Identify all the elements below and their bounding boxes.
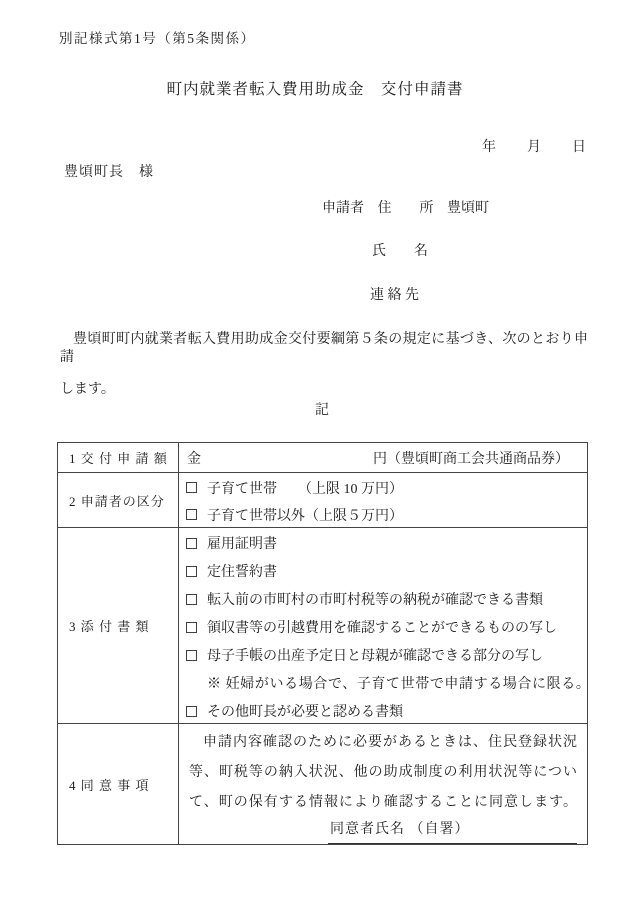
consent-line-1: 申請内容確認のために必要があるときは、住民登録状況 [189,728,577,758]
checkbox-icon [186,594,197,605]
consent-paragraph: 申請内容確認のために必要があるときは、住民登録状況 等、町税等の納入状況、他の助… [179,724,587,844]
applicant-address-row: 申請者 住 所 豊頃町 [322,197,489,217]
name-label: 氏 名 [372,244,428,259]
application-form-page: 別記様式第1号（第5条関係） 町内就業者転入費用助成金 交付申請書 年 月 日 … [0,0,630,903]
checkbox-icon [186,622,197,633]
attachment-item: 雇用証明書 [179,529,587,557]
attachment-item-label: 領収書等の引越費用を確認することができるものの写し [207,617,557,637]
table-row-consent: 4 同 意 事 項 申請内容確認のために必要があるときは、住民登録状況 等、町税… [58,723,587,844]
attachment-note: ※ 妊婦がいる場合で、子育て世帯で申請する場合に限る。 [179,669,587,697]
attachment-item: 母子手帳の出産予定日と母親が確認できる部分の写し [179,641,587,669]
attachment-item-label: 転入前の市町村の市町村税等の納税が確認できる書類 [207,589,543,609]
attachment-item: その他町長が必要と認める書類 [179,697,587,725]
attachment-item-label: 定住誓約書 [207,561,277,581]
consent-cell: 申請内容確認のために必要があるときは、住民登録状況 等、町税等の納入状況、他の助… [179,724,587,844]
amount-suffix: 円（豊頃町商工会共通商品券） [373,448,569,468]
attachment-item-label: 雇用証明書 [207,533,277,553]
row-label-consent: 4 同 意 事 項 [58,724,179,844]
table-row-amount: 1 交 付 申 請 額 金 円（豊頃町商工会共通商品券） [58,443,587,472]
ki-heading: 記 [57,399,588,419]
checkbox-icon [186,509,197,520]
category-option-label: 子育て世帯 （上限 10 万円） [207,478,403,498]
amount-cell: 金 円（豊頃町商工会共通商品券） [179,443,587,472]
attachment-item-label: 母子手帳の出産予定日と母親が確認できる部分の写し [207,645,543,665]
applicant-contact-row: 連 絡 先 [370,284,419,304]
attachment-item: 定住誓約書 [179,557,587,585]
date-line: 年 月 日 [482,136,587,156]
page-title: 町内就業者転入費用助成金 交付申請書 [0,77,630,99]
intro-line-2: します。 [60,381,588,399]
checkbox-icon [186,650,197,661]
row-label-amount: 1 交 付 申 請 額 [58,443,179,472]
attachment-item-label: その他町長が必要と認める書類 [207,701,403,721]
applicant-name-row: 氏 名 [372,240,428,260]
amount-prefix: 金 [187,448,201,468]
attachment-item: 領収書等の引越費用を確認することができるものの写し [179,613,587,641]
table-row-category: 2 申請者の区分 子育て世帯 （上限 10 万円） 子育て世帯以外（上限５万円） [58,472,587,527]
category-option: 子育て世帯 （上限 10 万円） [179,474,587,501]
attachment-item: 転入前の市町村の市町村税等の納税が確認できる書類 [179,585,587,613]
applicant-prefix-label: 申請者 [322,201,364,216]
checkbox-icon [186,566,197,577]
address-label: 住 所 [378,201,434,216]
row-label-attachments: 3 添 付 書 類 [58,528,179,723]
category-option-label: 子育て世帯以外（上限５万円） [207,505,403,525]
category-cell: 子育て世帯 （上限 10 万円） 子育て世帯以外（上限５万円） [179,473,587,527]
checkbox-icon [186,706,197,717]
attachments-cell: 雇用証明書 定住誓約書 転入前の市町村の市町村税等の納税が確認できる書類 領収書… [179,528,587,723]
intro-paragraph: 豊頃町町内就業者転入費用助成金交付要綱第５条の規定に基づき、次のとおり申請 しま… [60,331,588,399]
consent-line-3: て、町の保有する情報により確認することに同意します。 [189,788,577,818]
checkbox-icon [186,538,197,549]
contact-label: 連 絡 先 [370,288,419,303]
category-option: 子育て世帯以外（上限５万円） [179,501,587,528]
amount-line: 金 円（豊頃町商工会共通商品券） [179,443,587,472]
application-table: 1 交 付 申 請 額 金 円（豊頃町商工会共通商品券） 2 申請者の区分 子育… [57,442,588,845]
intro-line-1: 豊頃町町内就業者転入費用助成金交付要綱第５条の規定に基づき、次のとおり申請 [60,331,588,367]
form-number: 別記様式第1号（第5条関係） [59,27,256,47]
table-row-attachments: 3 添 付 書 類 雇用証明書 定住誓約書 転入前の市町村の市町村税等の納税が確… [58,527,587,723]
address-value: 豊頃町 [447,201,489,216]
row-label-category: 2 申請者の区分 [58,473,179,527]
checkbox-icon [186,482,197,493]
addressee: 豊頃町長 様 [64,161,154,181]
signature-field: 同意者氏名 （自署） [328,820,577,844]
consent-line-2: 等、町税等の納入状況、他の助成制度の利用状況等につい [189,758,577,788]
